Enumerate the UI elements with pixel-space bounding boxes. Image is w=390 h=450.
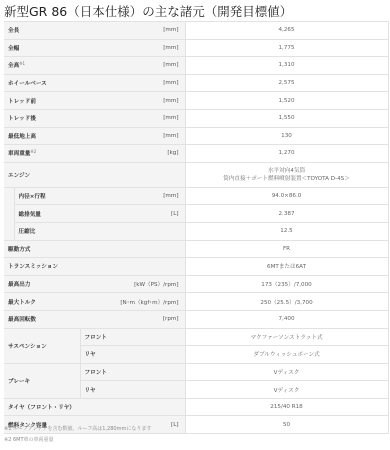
row-value: 1,520 [185,92,388,110]
row-label: 全高※1 [4,57,80,75]
table-row: 最高回転数 [rpm] 7,400 [4,310,388,328]
row-unit [80,240,185,258]
row-unit [80,258,185,276]
table-row: 全幅 [mm] 1,775 [4,39,388,57]
row-unit: [kg] [80,145,185,163]
engine-type: 水平対向4気筒 [190,167,384,175]
table-row: トレッド前 [mm] 1,520 [4,92,388,110]
brake-front-label: フロント [80,363,185,381]
row-value: 173（235）/7,000 [185,275,388,293]
row-label: 最低地上高 [4,127,80,145]
suspension-label: サスペンション [4,328,80,363]
row-label: 圧縮比 [14,222,80,240]
row-unit: [mm] [80,57,185,75]
row-value: 4,265 [185,22,388,40]
suspension-front-value: マクファーソンストラット式 [185,328,388,346]
row-unit: [mm] [80,92,185,110]
engine-sub-row: 総排気量 [L] 2.387 [4,205,388,223]
row-label: 車両重量※2 [4,145,80,163]
row-label: ホイールベース [4,74,80,92]
table-row: 全長 [mm] 4,265 [4,22,388,40]
suspension-front-label: フロント [80,328,185,346]
suspension-rear-value: ダブルウィッシュボーン式 [185,346,388,364]
indent-spacer [4,205,14,223]
table-row: 最高出力 [kW（PS）/rpm] 173（235）/7,000 [4,275,388,293]
engine-injection: 筒内直接＋ポート燃料噴射装置＜TOYOTA D-4S＞ [190,175,384,183]
row-unit: [mm] [80,39,185,57]
row-value: 1,270 [185,145,388,163]
table-row: トレッド後 [mm] 1,550 [4,109,388,127]
engine-value: 水平対向4気筒 筒内直接＋ポート燃料噴射装置＜TOYOTA D-4S＞ [185,162,388,187]
brake-rear-label: リヤ [80,381,185,399]
page-title: 新型GR 86（日本仕様）の主な諸元（開発目標値） [4,2,292,20]
row-label: トレッド後 [4,109,80,127]
tire-row: タイヤ（フロント・リヤ） 215/40 R18 [4,398,388,416]
brake-front-row: ブレーキ フロント Vディスク [4,363,388,381]
suspension-rear-label: リヤ [80,346,185,364]
spec-table: 全長 [mm] 4,265 全幅 [mm] 1,775 全高※1 [mm] 1,… [4,21,389,434]
row-value: 250（25.5）/3,700 [185,293,388,311]
row-value: FR [185,240,388,258]
table-row: 最大トルク [N･m（kgf･m）/rpm] 250（25.5）/3,700 [4,293,388,311]
table-row: トランスミッション 6MTまたは6AT [4,258,388,276]
row-value: 1,775 [185,39,388,57]
brake-front-value: Vディスク [185,363,388,381]
row-value: 94.0×86.0 [185,187,388,205]
indent-spacer [4,187,14,205]
row-label: 全長 [4,22,80,40]
row-label: 全幅 [4,39,80,57]
row-unit: [kW（PS）/rpm] [80,275,185,293]
table-row: 全高※1 [mm] 1,310 [4,57,388,75]
fuel-value: 50 [185,416,388,434]
footnote-1: ※1 ルーフアンテナを含む数値。ルーフ高は1,280mmになります [4,424,151,435]
tire-label: タイヤ（フロント・リヤ） [4,398,185,416]
suspension-front-row: サスペンション フロント マクファーソンストラット式 [4,328,388,346]
engine-sub-row: 内径×行程 [mm] 94.0×86.0 [4,187,388,205]
row-unit: [mm] [80,74,185,92]
tire-value: 215/40 R18 [185,398,388,416]
row-label: 最高回転数 [4,310,80,328]
row-unit: [mm] [80,187,185,205]
brake-rear-value: Vディスク [185,381,388,399]
table-row: 車両重量※2 [kg] 1,270 [4,145,388,163]
row-label: トランスミッション [4,258,80,276]
row-unit: [L] [80,205,185,223]
row-value: 6MTまたは6AT [185,258,388,276]
footnotes: ※1 ルーフアンテナを含む数値。ルーフ高は1,280mmになります ※2 6MT… [4,424,151,446]
row-unit [80,222,185,240]
row-value: 1,310 [185,57,388,75]
row-value: 1,550 [185,109,388,127]
footnote-mark: ※2 [30,149,36,154]
engine-sub-row: 圧縮比 12.5 [4,222,388,240]
table-row: ホイールベース [mm] 2,575 [4,74,388,92]
footnote-mark: ※1 [19,61,25,66]
row-value: 2,575 [185,74,388,92]
engine-row: エンジン 水平対向4気筒 筒内直接＋ポート燃料噴射装置＜TOYOTA D-4S＞ [4,162,388,187]
table-row: 駆動方式 FR [4,240,388,258]
row-label: 駆動方式 [4,240,80,258]
row-value: 2.387 [185,205,388,223]
table-row: 最低地上高 [mm] 130 [4,127,388,145]
row-unit: [mm] [80,127,185,145]
brake-label: ブレーキ [4,363,80,398]
row-unit: [mm] [80,22,185,40]
footnote-2: ※2 6MT車の車両重量 [4,435,151,446]
row-label: 内径×行程 [14,187,80,205]
row-value: 7,400 [185,310,388,328]
row-value: 130 [185,127,388,145]
row-label: 最高出力 [4,275,80,293]
row-unit: [N･m（kgf･m）/rpm] [80,293,185,311]
row-label: 最大トルク [4,293,80,311]
indent-spacer [4,222,14,240]
row-label: トレッド前 [4,92,80,110]
label-text: 車両重量 [8,151,30,157]
engine-label: エンジン [4,162,185,187]
label-text: 全高 [8,63,19,69]
row-value: 12.5 [185,222,388,240]
row-unit: [mm] [80,109,185,127]
row-unit: [rpm] [80,310,185,328]
row-label: 総排気量 [14,205,80,223]
